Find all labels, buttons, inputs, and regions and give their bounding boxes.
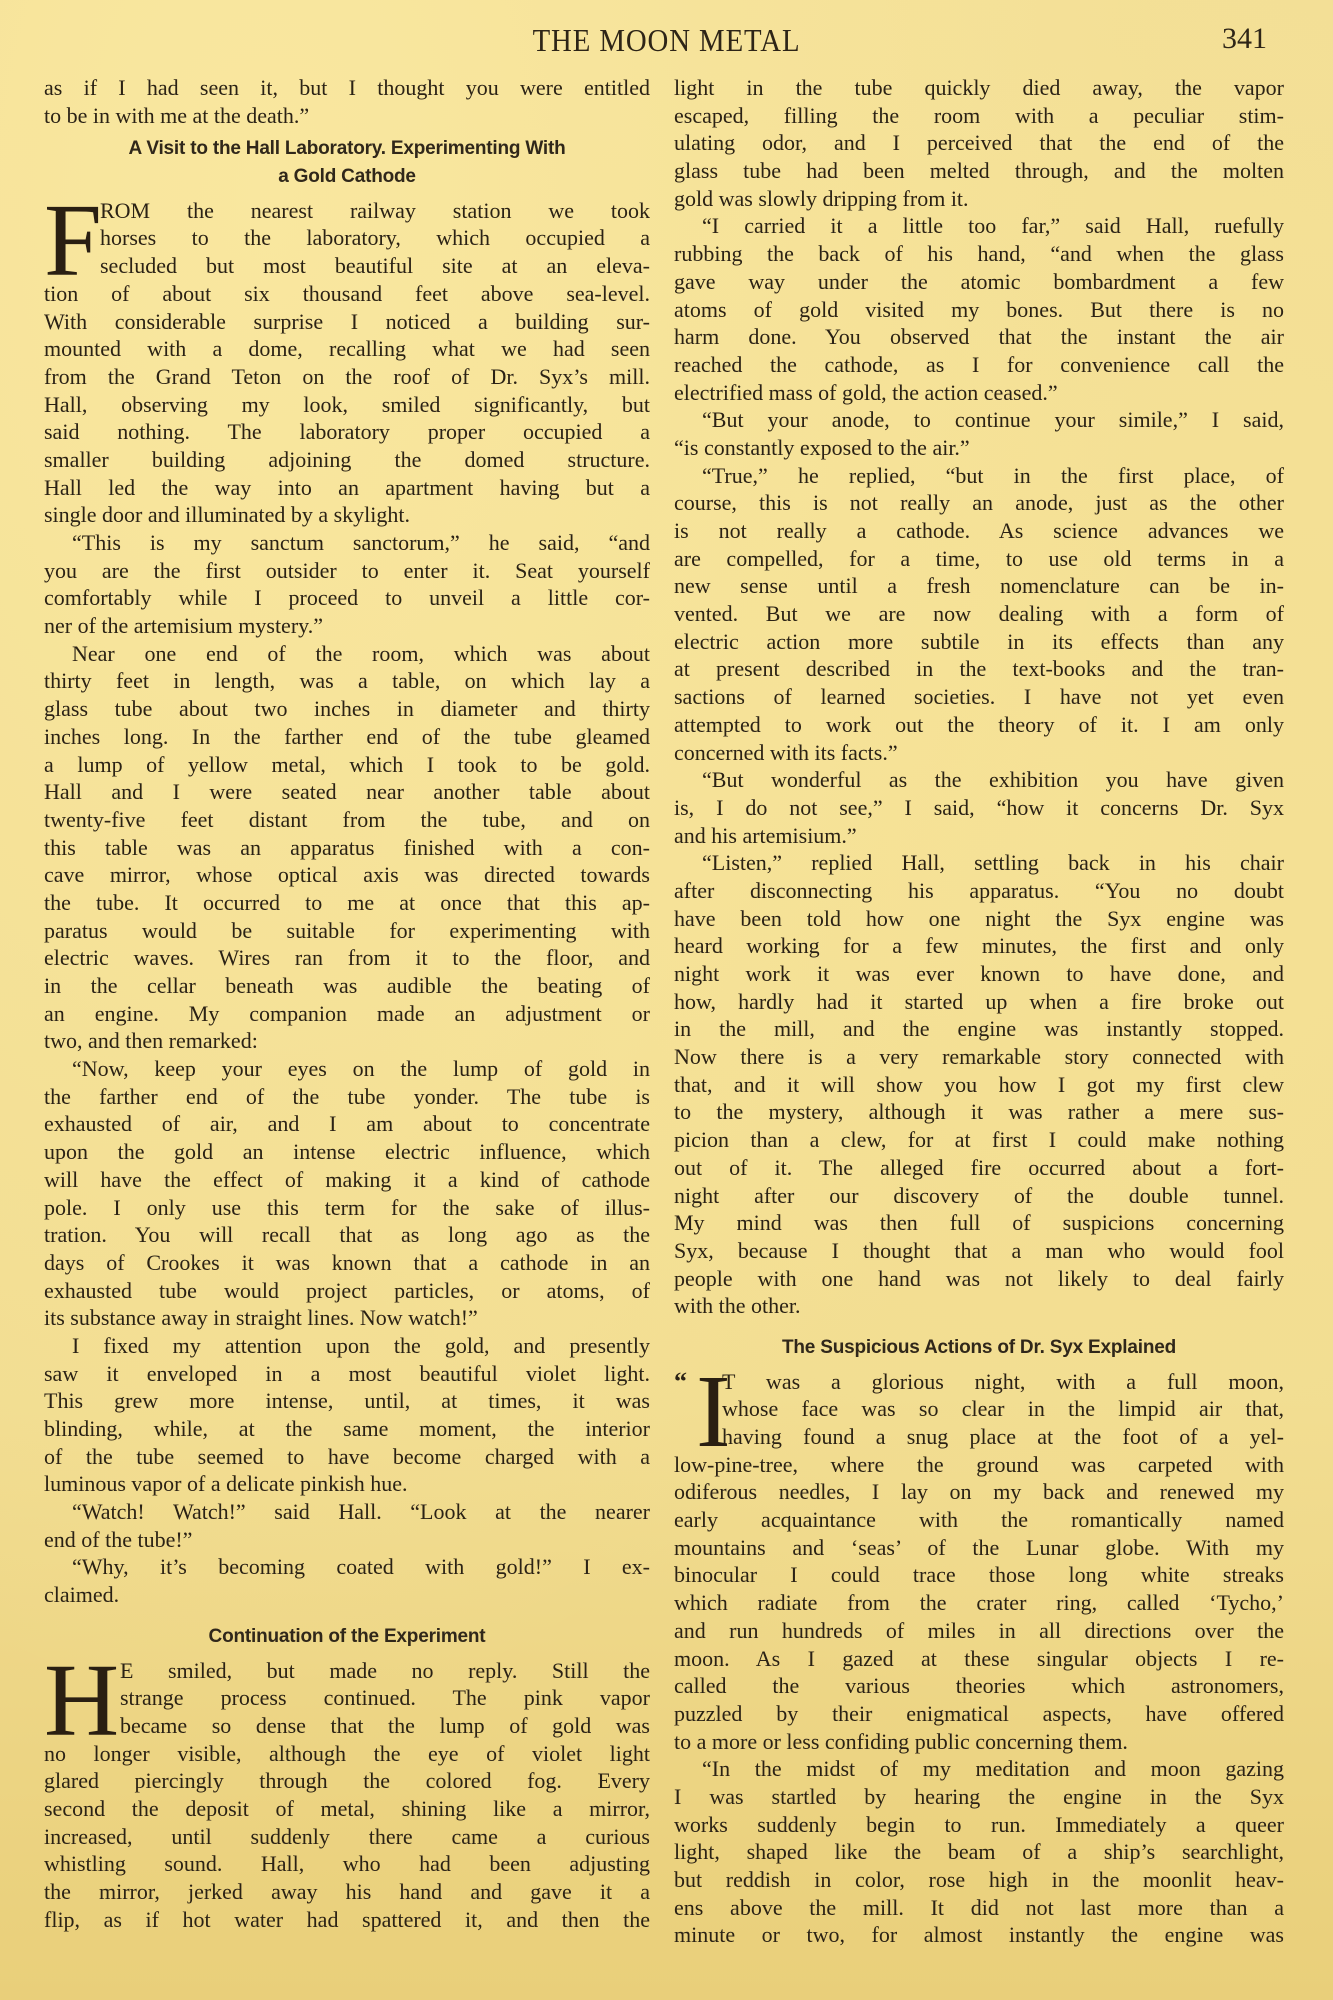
- text-line: “Watch! Watch!” said Hall. “Look at the …: [44, 1498, 650, 1526]
- text-line: and his artemisium.”: [674, 822, 1284, 850]
- text-line: said nothing. The laboratory proper occu…: [44, 418, 650, 446]
- text-line: puzzled by their enigmatical aspects, ha…: [674, 1700, 1284, 1728]
- paragraph-near-one-end: Near one end of the room, which was abou…: [44, 640, 650, 1055]
- text-line: two, and then remarked:: [44, 1027, 650, 1055]
- text-line: Hall and I were seated near another tabl…: [44, 778, 650, 806]
- text-line: glass tube about two inches in diameter …: [44, 695, 650, 723]
- text-line: odiferous needles, I lay on my back and …: [674, 1478, 1284, 1506]
- section-heading-2: Continuation of the Experiment: [44, 1623, 650, 1651]
- drop-cap-f: F: [44, 201, 102, 281]
- text-line: in the cellar beneath was audible the be…: [44, 972, 650, 1000]
- text-line: Syx, because I thought that a man who wo…: [674, 1237, 1284, 1265]
- text-line: E smiled, but made no reply. Still the: [44, 1657, 650, 1685]
- text-line: comfortably while I proceed to unveil a …: [44, 584, 650, 612]
- text-line: My mind was then full of suspicions conc…: [674, 1209, 1284, 1237]
- text-line: With considerable surprise I noticed a b…: [44, 308, 650, 336]
- open-quote-mark: “: [674, 1368, 687, 1395]
- text-line: have been told how one night the Syx eng…: [674, 905, 1284, 933]
- text-line: ner of the artemisium mystery.”: [44, 612, 650, 640]
- paragraph-he-smiled: H E smiled, but made no reply. Still the…: [44, 1657, 650, 1934]
- intro-paragraph: as if I had seen it, but I thought you w…: [44, 74, 650, 129]
- text-line: mountains and ‘seas’ of the Lunar globe.…: [674, 1534, 1284, 1562]
- text-line: to be in with me at the death.”: [44, 102, 650, 130]
- text-line: paratus would be suitable for experiment…: [44, 917, 650, 945]
- text-line: pole. I only use this term for the sake …: [44, 1194, 650, 1222]
- text-line: ROM the nearest railway station we took: [44, 197, 650, 225]
- text-line: Now there is a very remarkable story con…: [674, 1043, 1284, 1071]
- text-line: night after our discovery of the double …: [674, 1182, 1284, 1210]
- text-line: is, I do not see,” I said, “how it conce…: [674, 794, 1284, 822]
- text-line: will have the effect of making it a kind…: [44, 1166, 650, 1194]
- paragraph-true-he-replied: “True,” he replied, “but in the first pl…: [674, 462, 1284, 767]
- text-line: out of it. The alleged fire occurred abo…: [674, 1154, 1284, 1182]
- text-line: “This is my sanctum sanctorum,” he said,…: [44, 529, 650, 557]
- text-line: to a more or less confiding public conce…: [674, 1728, 1284, 1756]
- text-line: I fixed my attention upon the gold, and …: [44, 1332, 650, 1360]
- text-line: “True,” he replied, “but in the first pl…: [674, 462, 1284, 490]
- text-line: this table was an apparatus finished wit…: [44, 834, 650, 862]
- text-line: gold was slowly dripping from it.: [674, 185, 1284, 213]
- text-line: early acquaintance with the romantically…: [674, 1506, 1284, 1534]
- paragraph-listen-replied-hall: “Listen,” replied Hall, settling back in…: [674, 849, 1284, 1320]
- text-line: moon. As I gazed at these singular objec…: [674, 1645, 1284, 1673]
- paragraph-light-in-the-tube: light in the tube quickly died away, the…: [674, 74, 1284, 212]
- text-line: whistling sound. Hall, who had been adju…: [44, 1850, 650, 1878]
- text-line: I was startled by hearing the engine in …: [674, 1783, 1284, 1811]
- text-line: electric waves. Wires ran from it to the…: [44, 944, 650, 972]
- text-line: atoms of gold visited my bones. But ther…: [674, 296, 1284, 324]
- text-line: inches long. In the farther end of the t…: [44, 723, 650, 751]
- text-line: light, shaped like the beam of a ship’s …: [674, 1838, 1284, 1866]
- text-line: secluded but most beautiful site at an e…: [44, 252, 650, 280]
- text-line: flip, as if hot water had spattered it, …: [44, 1906, 650, 1934]
- text-line: having found a snug place at the foot of…: [674, 1423, 1284, 1451]
- text-line: claimed.: [44, 1581, 650, 1609]
- text-line: and run hundreds of miles in all directi…: [674, 1617, 1284, 1645]
- text-line: became so dense that the lump of gold wa…: [44, 1712, 650, 1740]
- text-line: called the various theories which astron…: [674, 1672, 1284, 1700]
- text-line: in the mill, and the engine was instantl…: [674, 1015, 1284, 1043]
- text-line: escaped, filling the room with a peculia…: [674, 102, 1284, 130]
- text-line: saw it enveloped in a most beautiful vio…: [44, 1360, 650, 1388]
- drop-cap-i: I: [696, 1372, 731, 1452]
- text-line: electric action more subtile in its effe…: [674, 628, 1284, 656]
- text-line: to the mystery, although it was rather a…: [674, 1098, 1284, 1126]
- text-line: gave way under the atomic bombardment a …: [674, 268, 1284, 296]
- magazine-page: THE MOON METAL 341 as if I had seen it, …: [0, 0, 1333, 2000]
- text-line: low-pine-tree, where the ground was carp…: [674, 1451, 1284, 1479]
- paragraph-from-the-nearest: F ROM the nearest railway station we too…: [44, 197, 650, 529]
- text-line: mounted with a dome, recalling what we h…: [44, 335, 650, 363]
- running-head: THE MOON METAL 341: [0, 22, 1333, 62]
- text-line: new sense until a fresh nomenclature can…: [674, 572, 1284, 600]
- text-line: luminous vapor of a delicate pinkish hue…: [44, 1470, 650, 1498]
- text-line: smaller building adjoining the domed str…: [44, 446, 650, 474]
- text-line: after disconnecting his apparatus. “You …: [674, 877, 1284, 905]
- text-line: tration. You will recall that as long ag…: [44, 1221, 650, 1249]
- drop-cap-h: H: [44, 1661, 119, 1741]
- text-line: but reddish in color, rose high in the m…: [674, 1866, 1284, 1894]
- text-line: horses to the laboratory, which occupied…: [44, 224, 650, 252]
- paragraph-i-carried-it: “I carried it a little too far,” said Ha…: [674, 212, 1284, 406]
- text-line: ulating odor, and I perceived that the e…: [674, 129, 1284, 157]
- text-line: days of Crookes it was known that a cath…: [44, 1249, 650, 1277]
- section-heading-1-line1: A Visit to the Hall Laboratory. Experime…: [44, 135, 650, 163]
- text-line: rubbing the back of his hand, “and when …: [674, 240, 1284, 268]
- text-line: Hall led the way into an apartment havin…: [44, 474, 650, 502]
- text-line: exhausted of air, and I am about to conc…: [44, 1110, 650, 1138]
- text-line: minute or two, for almost instantly the …: [674, 1921, 1284, 1949]
- text-line: ens above the mill. It did not last more…: [674, 1894, 1284, 1922]
- paragraph-i-fixed-my-attention: I fixed my attention upon the gold, and …: [44, 1332, 650, 1498]
- text-line: no longer visible, although the eye of v…: [44, 1740, 650, 1768]
- text-line: “Now, keep your eyes on the lump of gold…: [44, 1055, 650, 1083]
- text-line: “I carried it a little too far,” said Ha…: [674, 212, 1284, 240]
- text-line: the farther end of the tube yonder. The …: [44, 1083, 650, 1111]
- text-line: whose face was so clear in the limpid ai…: [674, 1395, 1284, 1423]
- text-line: works suddenly begin to run. Immediately…: [674, 1811, 1284, 1839]
- text-line: vented. But we are now dealing with a fo…: [674, 600, 1284, 628]
- running-title: THE MOON METAL: [67, 22, 1267, 59]
- text-line: are compelled, for a time, to use old te…: [674, 545, 1284, 573]
- text-line: as if I had seen it, but I thought you w…: [44, 74, 650, 102]
- text-line: T was a glorious night, with a full moon…: [674, 1368, 1284, 1396]
- paragraph-watch-watch: “Watch! Watch!” said Hall. “Look at the …: [44, 1498, 650, 1553]
- text-line: twenty-five feet distant from the tube, …: [44, 806, 650, 834]
- text-line: night work it was ever known to have don…: [674, 960, 1284, 988]
- text-line: tion of about six thousand feet above se…: [44, 280, 650, 308]
- page-number: 341: [1222, 22, 1267, 56]
- paragraph-in-the-midst: “In the midst of my meditation and moon …: [674, 1755, 1284, 1949]
- text-line: how, hardly had it started up when a fir…: [674, 988, 1284, 1016]
- text-line: attempted to work out the theory of it. …: [674, 711, 1284, 739]
- text-line: people with one hand was not likely to d…: [674, 1265, 1284, 1293]
- right-column: light in the tube quickly died away, the…: [674, 74, 1284, 1949]
- text-line: This grew more intense, until, at times,…: [44, 1387, 650, 1415]
- text-line: course, this is not really an anode, jus…: [674, 489, 1284, 517]
- text-line: Hall, observing my look, smiled signific…: [44, 391, 650, 419]
- text-line: strange process continued. The pink vapo…: [44, 1684, 650, 1712]
- text-line: “Why, it’s becoming coated with gold!” I…: [44, 1553, 650, 1581]
- text-line: from the Grand Teton on the roof of Dr. …: [44, 363, 650, 391]
- section-heading-3: The Suspicious Actions of Dr. Syx Explai…: [674, 1334, 1284, 1362]
- text-line: end of the tube!”: [44, 1526, 650, 1554]
- text-line: its substance away in straight lines. No…: [44, 1304, 650, 1332]
- paragraph-sanctum: “This is my sanctum sanctorum,” he said,…: [44, 529, 650, 640]
- text-line: you are the first outsider to enter it. …: [44, 557, 650, 585]
- text-line: exhausted tube would project particles, …: [44, 1277, 650, 1305]
- paragraph-it-was-a-glorious-night: “ I T was a glorious night, with a full …: [674, 1368, 1284, 1756]
- text-line: thirty feet in length, was a table, on w…: [44, 667, 650, 695]
- text-line: “Listen,” replied Hall, settling back in…: [674, 849, 1284, 877]
- text-line: “But wonderful as the exhibition you hav…: [674, 766, 1284, 794]
- paragraph-but-your-anode: “But your anode, to continue your simile…: [674, 406, 1284, 461]
- left-column: as if I had seen it, but I thought you w…: [44, 74, 650, 1933]
- text-line: electrified mass of gold, the action cea…: [674, 379, 1284, 407]
- text-line: a lump of yellow metal, which I took to …: [44, 751, 650, 779]
- text-line: which radiate from the crater ring, call…: [674, 1589, 1284, 1617]
- text-line: with the other.: [674, 1292, 1284, 1320]
- text-line: “is constantly exposed to the air.”: [674, 434, 1284, 462]
- paragraph-why-its-becoming: “Why, it’s becoming coated with gold!” I…: [44, 1553, 650, 1608]
- text-line: glass tube had been melted through, and …: [674, 157, 1284, 185]
- text-line: reached the cathode, as I for convenienc…: [674, 351, 1284, 379]
- text-line: “In the midst of my meditation and moon …: [674, 1755, 1284, 1783]
- text-line: light in the tube quickly died away, the…: [674, 74, 1284, 102]
- text-line: is not really a cathode. As science adva…: [674, 517, 1284, 545]
- section-heading-1-line2: a Gold Cathode: [44, 163, 650, 191]
- text-line: sactions of learned societies. I have no…: [674, 683, 1284, 711]
- text-line: picion than a clew, for at first I could…: [674, 1126, 1284, 1154]
- text-line: that, and it will show you how I got my …: [674, 1071, 1284, 1099]
- text-line: harm done. You observed that the instant…: [674, 323, 1284, 351]
- text-line: concerned with its facts.”: [674, 739, 1284, 767]
- text-line: at present described in the text-books a…: [674, 655, 1284, 683]
- text-line: upon the gold an intense electric influe…: [44, 1138, 650, 1166]
- text-line: “But your anode, to continue your simile…: [674, 406, 1284, 434]
- paragraph-now-keep-your-eyes: “Now, keep your eyes on the lump of gold…: [44, 1055, 650, 1332]
- text-line: the tube. It occurred to me at once that…: [44, 889, 650, 917]
- paragraph-but-wonderful: “But wonderful as the exhibition you hav…: [674, 766, 1284, 849]
- text-line: glared piercingly through the colored fo…: [44, 1767, 650, 1795]
- text-line: Near one end of the room, which was abou…: [44, 640, 650, 668]
- text-line: single door and illuminated by a skyligh…: [44, 501, 650, 529]
- text-line: of the tube seemed to have become charge…: [44, 1443, 650, 1471]
- text-line: cave mirror, whose optical axis was dire…: [44, 861, 650, 889]
- text-line: blinding, while, at the same moment, the…: [44, 1415, 650, 1443]
- text-line: binocular I could trace those long white…: [674, 1561, 1284, 1589]
- text-line: second the deposit of metal, shining lik…: [44, 1795, 650, 1823]
- text-line: increased, until suddenly there came a c…: [44, 1823, 650, 1851]
- text-line: heard working for a few minutes, the fir…: [674, 932, 1284, 960]
- text-line: the mirror, jerked away his hand and gav…: [44, 1878, 650, 1906]
- text-line: an engine. My companion made an adjustme…: [44, 1000, 650, 1028]
